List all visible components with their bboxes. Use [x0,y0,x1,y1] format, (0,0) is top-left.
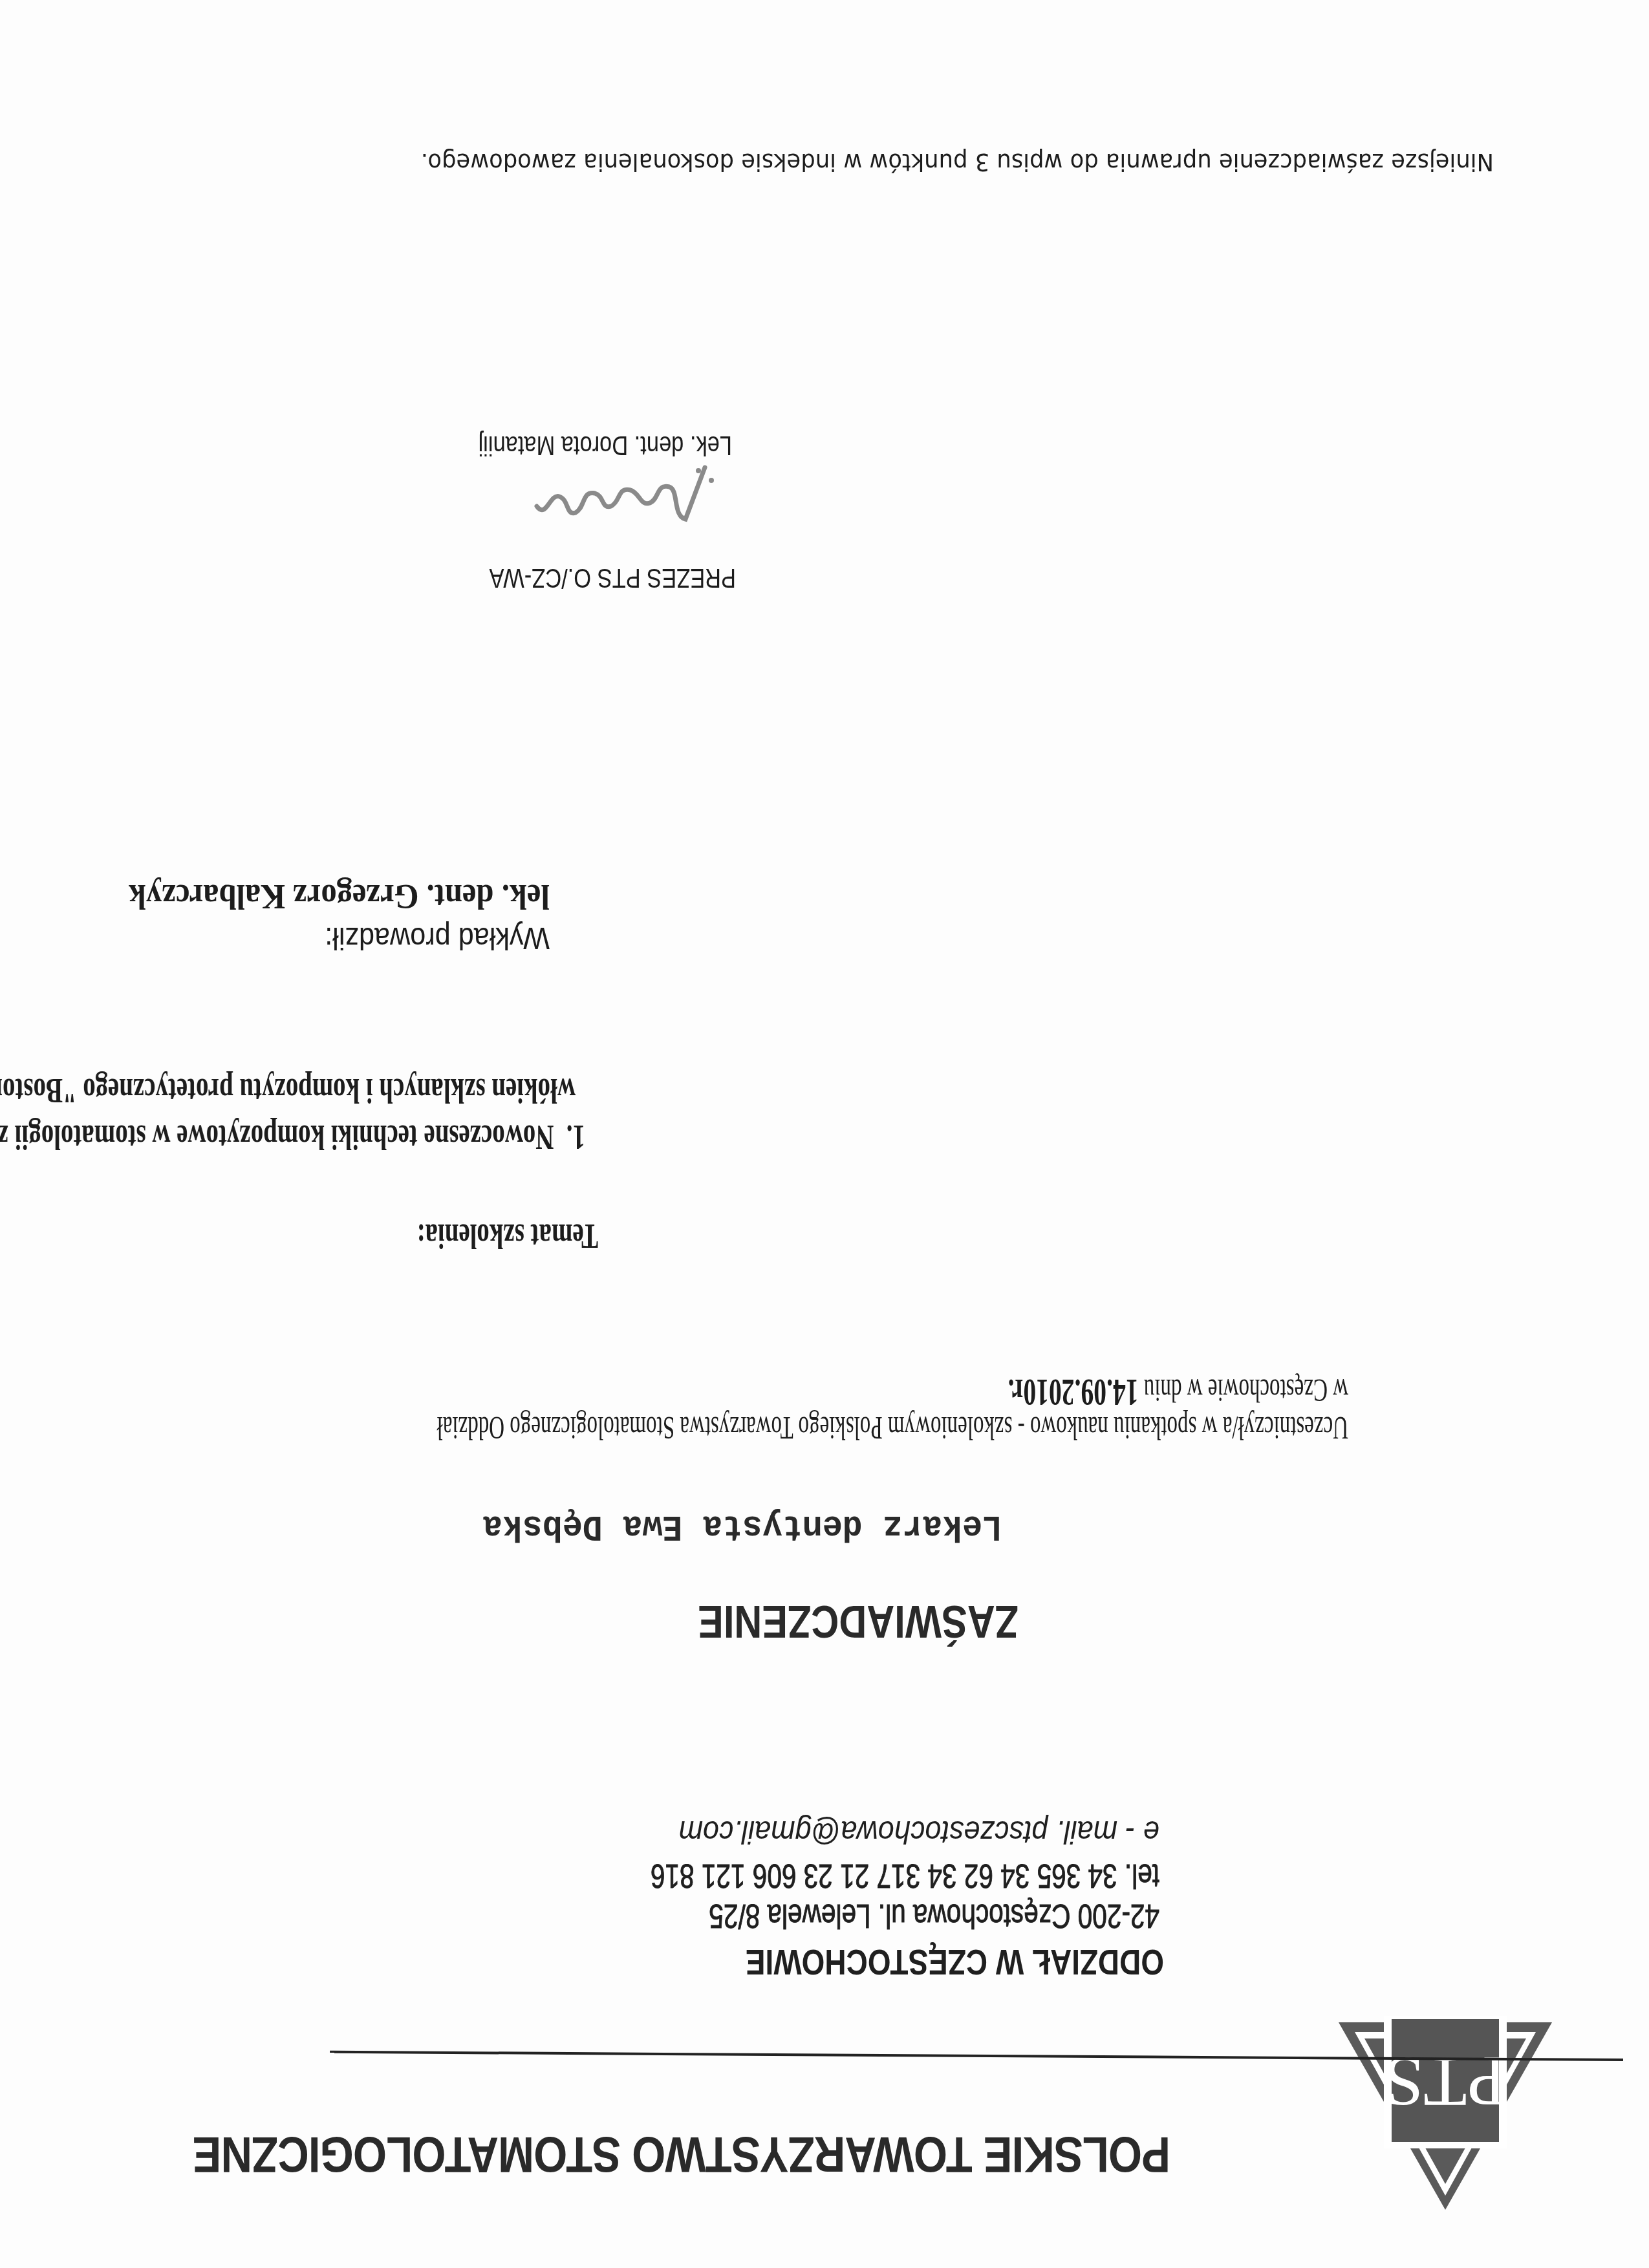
signatory-title: PREZES PTS O./CZ-WA [490,562,736,594]
attendance-place-date: w Częstochowie w dniu 14.09.2010r. [1008,1370,1348,1415]
handwritten-signature-icon [511,461,731,545]
attendance-place: w Częstochowie w dniu [1139,1373,1348,1409]
scanned-certificate-page: PTS POLSKIE TOWARZYSTWO STOMATOLOGICZNE … [0,0,1649,2268]
professional-points-note: Niniejsze zaświadczenie uprawnia do wpis… [421,148,1494,177]
lecturer-name: lek. dent. Grzegorz Kalbarczyk [129,877,550,917]
topic-item-line2: włókien szklanych i kompozytu protetyczn… [0,1071,576,1111]
branch-email: e - mail. ptsczestochowa@gmail.com [679,1813,1159,1851]
topic-item-number: 1. [566,1118,585,1157]
attendance-date: 14.09.2010r. [1008,1371,1139,1414]
attendance-statement: Uczestniczył/a w spotkaniu naukowo - szk… [437,1409,1348,1447]
signatory-name: Lek. dent. Dorota Mataniij [479,430,732,461]
branch-address: 42-200 Częstochowa ul. Lelewela 8/25 [709,1896,1159,1935]
topic-item-line1: Nowoczesne techniki kompozytowe w stomat… [0,1118,554,1157]
topic-label: Temat szkolenia: [417,1216,598,1256]
lecturer-label: Wykład prowadził: [325,920,550,956]
branch-name: ODDZIAŁ W CZĘSTOCHOWIE [746,1942,1164,1984]
topic-item: 1. Nowoczesne techniki kompozytowe w sto… [0,1117,585,1157]
recipient-name: Lekarz dentysta Ewa Dębska [482,1506,1002,1547]
document-title: ZAŚWIADCZENIE [698,1596,1018,1647]
svg-text:PTS: PTS [1384,2042,1507,2121]
pts-logo-icon: PTS [1339,2016,1552,2210]
organization-name: POLSKIE TOWARZYSTWO STOMATOLOGICZNE [193,2125,1170,2184]
branch-phones: tel. 34 365 34 62 34 317 21 23 606 121 8… [651,1856,1159,1895]
